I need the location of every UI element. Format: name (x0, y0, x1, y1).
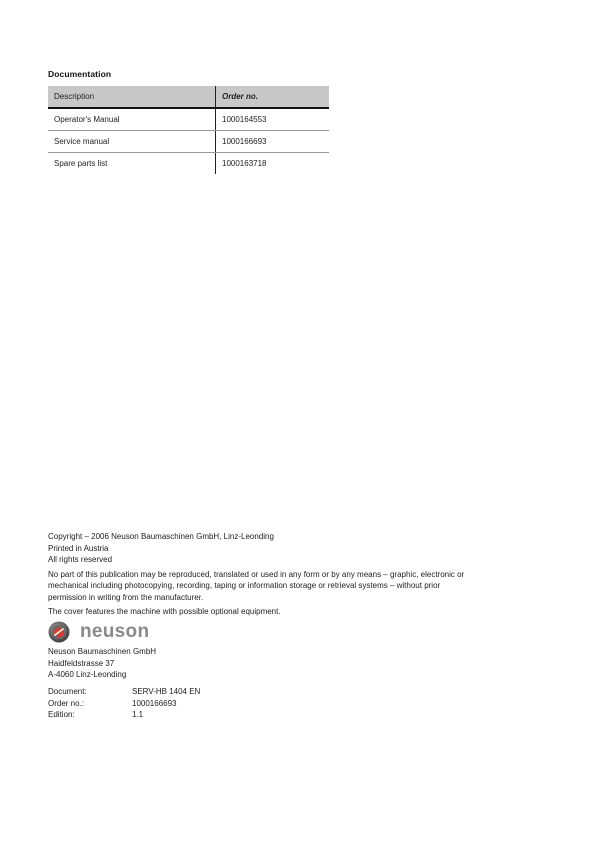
column-header-description: Description (48, 86, 216, 108)
street-address: Haidfeldstrasse 37 (48, 658, 156, 670)
row-order-no: 1000164553 (216, 108, 330, 131)
neuson-wordmark: neuson (80, 621, 149, 643)
meta-label: Document: (48, 686, 132, 698)
company-address: Neuson Baumaschinen GmbH Haidfeldstrasse… (48, 646, 156, 681)
documentation-heading: Documentation (48, 69, 111, 79)
neuson-logo: neuson (48, 621, 149, 643)
column-header-order-no: Order no. (216, 86, 330, 108)
cover-note: The cover features the machine with poss… (48, 606, 468, 618)
reproduction-notice: No part of this publication may be repro… (48, 569, 468, 604)
copyright-footer: Copyright – 2006 Neuson Baumaschinen Gmb… (48, 531, 468, 618)
meta-label: Edition: (48, 709, 132, 721)
meta-label: Order no.: (48, 698, 132, 710)
row-order-no: 1000166693 (216, 131, 330, 153)
table-row: Spare parts list 1000163718 (48, 153, 329, 175)
meta-row-edition: Edition: 1.1 (48, 709, 200, 721)
table-row: Operator's Manual 1000164553 (48, 108, 329, 131)
row-order-no: 1000163718 (216, 153, 330, 175)
row-description: Service manual (48, 131, 216, 153)
copyright-line: Copyright – 2006 Neuson Baumaschinen Gmb… (48, 531, 468, 543)
meta-value: 1000166693 (132, 698, 177, 710)
company-name: Neuson Baumaschinen GmbH (48, 646, 156, 658)
rights-line: All rights reserved (48, 554, 468, 566)
row-description: Operator's Manual (48, 108, 216, 131)
neuson-logo-icon (48, 621, 70, 643)
meta-row-document: Document: SERV-HB 1404 EN (48, 686, 200, 698)
meta-value: 1.1 (132, 709, 143, 721)
table-header-row: Description Order no. (48, 86, 329, 108)
city-address: A-4060 Linz-Leonding (48, 669, 156, 681)
documentation-table: Description Order no. Operator's Manual … (48, 86, 329, 174)
meta-value: SERV-HB 1404 EN (132, 686, 200, 698)
meta-row-order-no: Order no.: 1000166693 (48, 698, 200, 710)
printed-line: Printed in Austria (48, 543, 468, 555)
row-description: Spare parts list (48, 153, 216, 175)
table-row: Service manual 1000166693 (48, 131, 329, 153)
document-meta: Document: SERV-HB 1404 EN Order no.: 100… (48, 686, 200, 721)
